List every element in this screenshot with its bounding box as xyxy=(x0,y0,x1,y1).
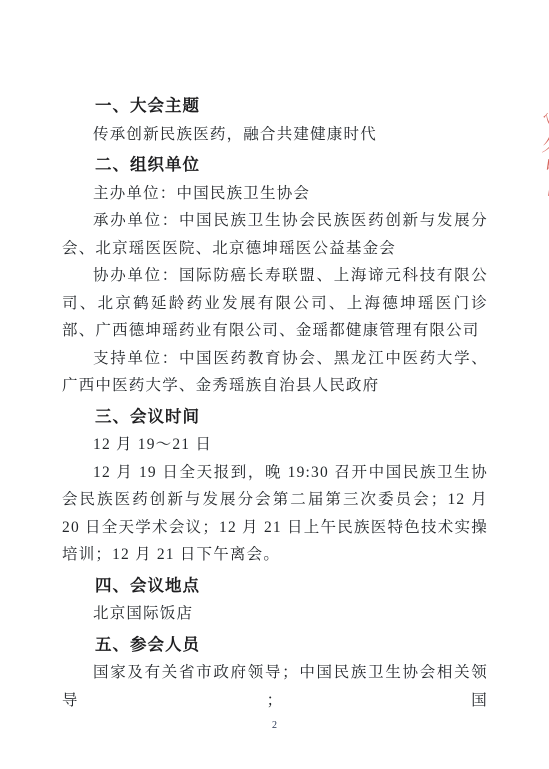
section-heading: 三、会议时间 xyxy=(62,404,488,432)
page-number: 2 xyxy=(0,720,549,732)
document-body: 一、大会主题 传承创新民族医药，融合共建健康时代 二、组织单位 主办单位：中国民… xyxy=(0,0,549,769)
paragraph-participants: 国家及有关省市政府领导；中国民族卫生协会相关领导；国 xyxy=(62,659,488,714)
section-meeting-venue: 四、会议地点 北京国际饭店 xyxy=(62,573,488,628)
section-heading: 一、大会主题 xyxy=(62,93,488,121)
paragraph-schedule: 12 月 19 日全天报到，晚 19:30 召开中国民族卫生协会民族医药创新与发… xyxy=(62,459,488,569)
section-meeting-time: 三、会议时间 12 月 19～21 日 12 月 19 日全天报到，晚 19:3… xyxy=(62,404,488,569)
document-page: { "document": { "sections": [ { "heading… xyxy=(0,0,549,769)
section-heading: 五、参会人员 xyxy=(62,632,488,660)
section-conference-theme: 一、大会主题 传承创新民族医药，融合共建健康时代 xyxy=(62,93,488,148)
paragraph-co-organizing-units: 协办单位：国际防癌长寿联盟、上海谛元科技有限公司、北京鹤延龄药业发展有限公司、上… xyxy=(62,262,488,345)
paragraph: 传承创新民族医药，融合共建健康时代 xyxy=(62,121,488,149)
section-heading: 四、会议地点 xyxy=(62,573,488,601)
paragraph-undertaking-units: 承办单位：中国民族卫生协会民族医药创新与发展分会、北京瑶医医院、北京德坤瑶医公益… xyxy=(62,207,488,262)
paragraph-dates: 12 月 19～21 日 xyxy=(62,431,488,459)
section-organizing-units: 二、组织单位 主办单位：中国民族卫生协会 承办单位：中国民族卫生协会民族医药创新… xyxy=(62,152,488,400)
section-participants: 五、参会人员 国家及有关省市政府领导；中国民族卫生协会相关领导；国 xyxy=(62,632,488,715)
paragraph-supporting-units: 支持单位：中国医药教育协会、黑龙江中医药大学、广西中医药大学、金秀瑶族自治县人民… xyxy=(62,345,488,400)
paragraph-venue: 北京国际饭店 xyxy=(62,600,488,628)
paragraph-host-unit: 主办单位：中国民族卫生协会 xyxy=(62,180,488,208)
section-heading: 二、组织单位 xyxy=(62,152,488,180)
